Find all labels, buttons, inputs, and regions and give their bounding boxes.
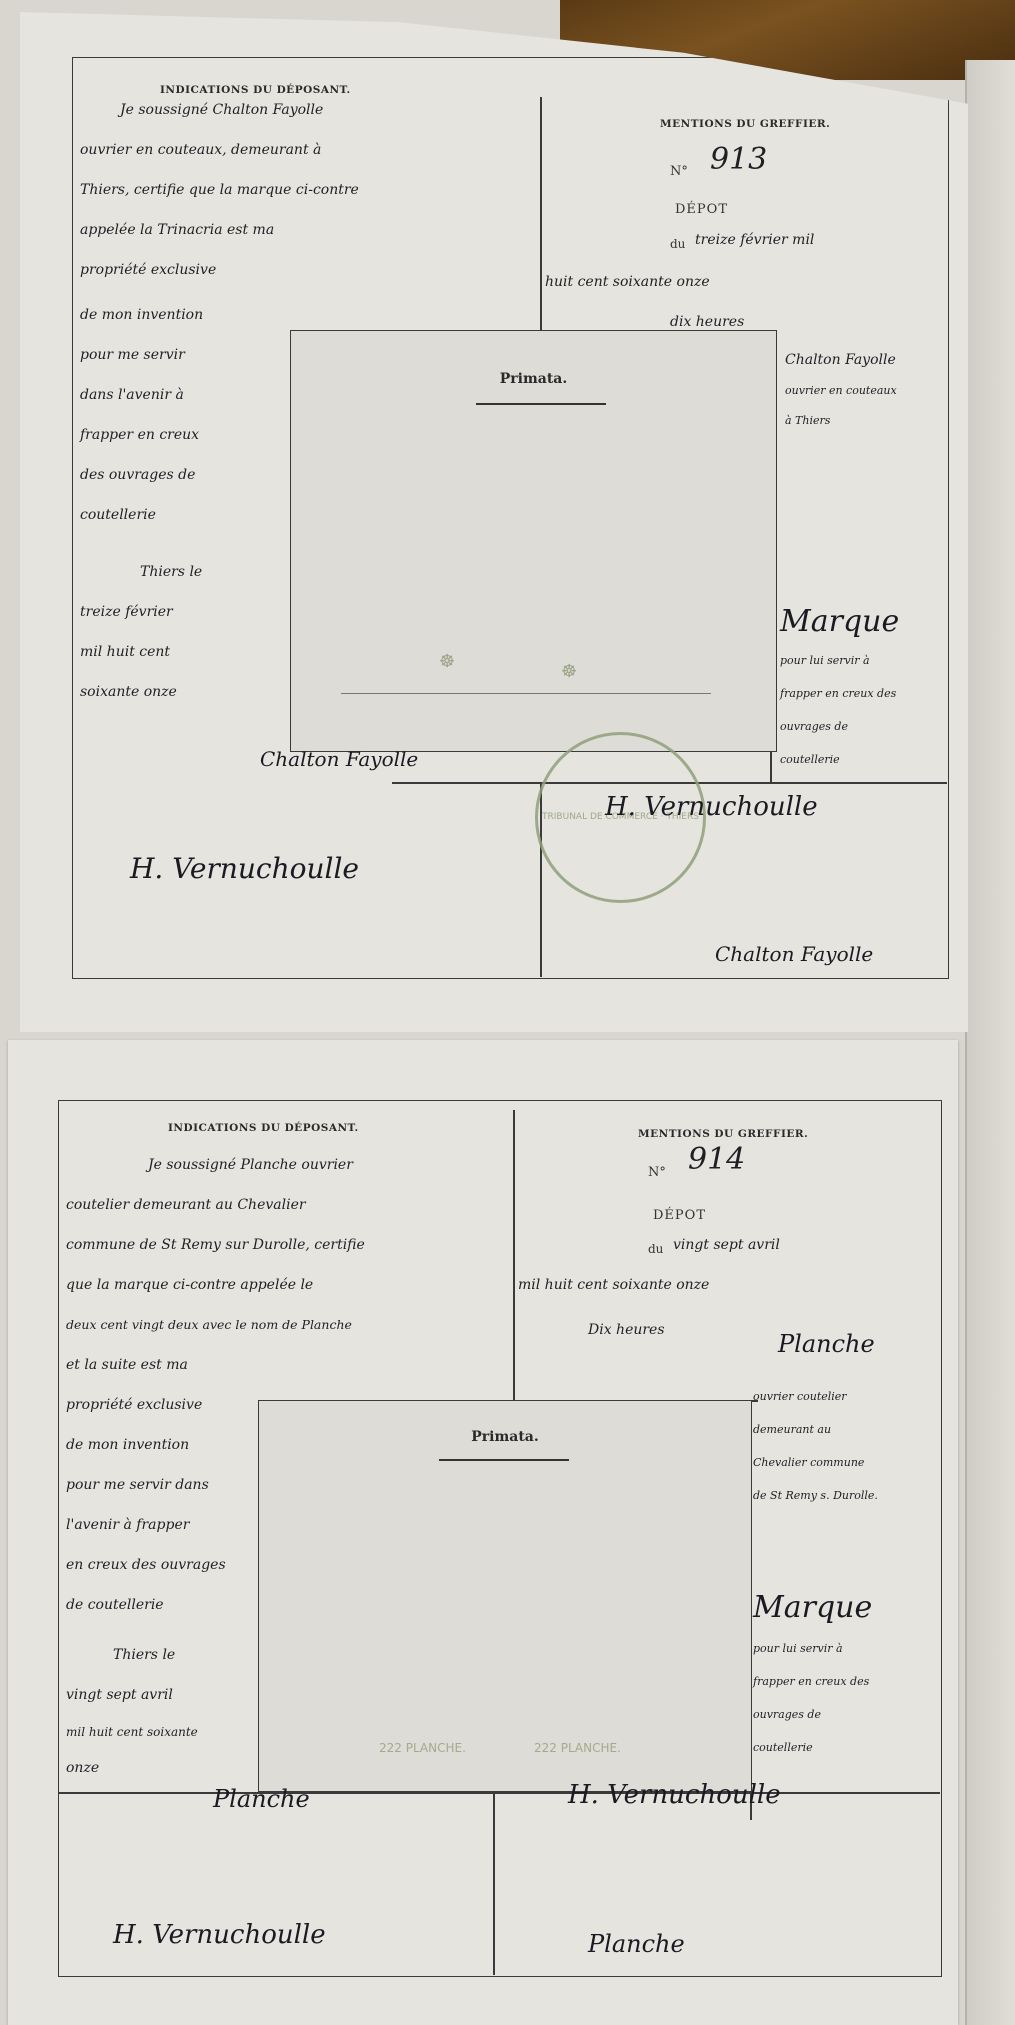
divider-line (58, 1792, 940, 1794)
trademark-specimen-box: Primata. 222 PLANCHE. 222 PLANCHE. (258, 1400, 752, 1792)
declaration-line: Je soussigné Planche ouvrier (148, 1145, 353, 1185)
clerk-signature: H. Vernuchoulle (130, 852, 359, 885)
greffier-line: ouvrier en couteaux (785, 374, 897, 407)
declaration-line: appelée la Trinacria est ma (80, 210, 274, 250)
depot-date: mil huit cent soixante onze (518, 1265, 709, 1305)
declaration-line: ouvrier en couteaux, demeurant à (80, 130, 321, 170)
title-underline (476, 403, 606, 405)
declaration-line: l'avenir à frapper (66, 1505, 189, 1545)
column-divider (493, 1792, 495, 1975)
marque-line: frapper en creux des (753, 1665, 869, 1698)
declaration-line: en creux des ouvrages (66, 1545, 226, 1585)
greffier-line: de St Remy s. Durolle. (753, 1479, 878, 1512)
planche-mark-imprint: 222 PLANCHE. (379, 1741, 466, 1755)
triskelion-mark-icon: ☸ (561, 661, 577, 682)
depot-time: Dix heures (588, 1310, 665, 1350)
clerk-header: MENTIONS DU GREFFIER. (638, 1128, 808, 1140)
declaration-line: mil huit cent soixante (66, 1712, 198, 1752)
declaration-line: Thiers le (113, 1635, 175, 1675)
mark-title: Primata. (291, 371, 776, 387)
number-label: N° (648, 1165, 666, 1180)
triskelion-mark-icon: ☸ (439, 651, 455, 672)
trademark-specimen-box: Primata. ☸ ☸ (290, 330, 777, 752)
declaration-line: commune de St Remy sur Durolle, certifie (66, 1225, 365, 1265)
declaration-line: propriété exclusive (80, 250, 216, 290)
depositor-signature: Planche (213, 1785, 310, 1813)
deposit-number: 913 (710, 142, 767, 177)
declaration-line: et la suite est ma (66, 1345, 188, 1385)
greffier-line: ouvrier coutelier (753, 1380, 847, 1413)
column-divider (513, 1110, 515, 1400)
declaration-line: mil huit cent (80, 632, 170, 672)
clerk-signature-right: H. Vernuchoulle (605, 792, 818, 822)
marque-line: pour lui servir à (780, 644, 870, 677)
depot-label: DÉPOT (675, 202, 728, 217)
trademark-deposit-sheet-913: INDICATIONS DU DÉPOSANT. MENTIONS DU GRE… (20, 12, 968, 1032)
planche-mark-imprint: 222 PLANCHE. (534, 1741, 621, 1755)
declaration-line: onze (66, 1748, 99, 1788)
column-divider (540, 97, 542, 337)
depositor-signature-right: Chalton Fayolle (715, 942, 873, 966)
declaration-line: de mon invention (66, 1425, 189, 1465)
depositor-signature: Chalton Fayolle (260, 747, 418, 771)
trademark-deposit-sheet-914: INDICATIONS DU DÉPOSANT. MENTIONS DU GRE… (8, 1040, 958, 2025)
marque-line: pour lui servir à (753, 1632, 843, 1665)
declaration-line: coutelier demeurant au Chevalier (66, 1185, 306, 1225)
greffier-name: Chalton Fayolle (785, 344, 896, 377)
declaration-line: des ouvrages de (80, 455, 195, 495)
declaration-line: Thiers le (140, 552, 202, 592)
greffier-name: Planche (778, 1330, 875, 1358)
marque-line: coutellerie (780, 743, 840, 776)
mark-title: Primata. (259, 1429, 751, 1445)
depot-date: vingt sept avril (673, 1225, 780, 1265)
depositor-signature-right: Planche (588, 1930, 685, 1958)
baseline (341, 693, 711, 694)
deposit-number: 914 (688, 1142, 745, 1177)
declaration-line: Thiers, certifie que la marque ci-contre (80, 170, 359, 210)
depot-date: huit cent soixante onze (545, 262, 710, 302)
greffier-line: Chevalier commune (753, 1446, 864, 1479)
marque-line: ouvrages de (780, 710, 848, 743)
declaration-line: de coutellerie (66, 1585, 164, 1625)
declaration-line: que la marque ci-contre appelée le (66, 1265, 313, 1305)
greffier-line: à Thiers (785, 404, 830, 437)
declaration-line: pour me servir dans (66, 1465, 209, 1505)
declaration-line: de mon invention (80, 295, 203, 335)
adjacent-page-edge (965, 60, 1015, 2025)
declaration-line: treize février (80, 592, 173, 632)
marque-line: frapper en creux des (780, 677, 896, 710)
number-label: N° (670, 164, 688, 179)
clerk-header: MENTIONS DU GREFFIER. (660, 118, 830, 130)
clerk-signature-right: H. Vernuchoulle (568, 1780, 781, 1810)
greffier-line: demeurant au (753, 1413, 831, 1446)
marque-title: Marque (753, 1590, 872, 1625)
depot-label: DÉPOT (653, 1208, 706, 1223)
declaration-line: Je soussigné Chalton Fayolle (120, 90, 323, 130)
du-label: du (670, 237, 685, 251)
declaration-line: dans l'avenir à (80, 375, 184, 415)
declaration-line: frapper en creux (80, 415, 199, 455)
depot-date: treize février mil (695, 220, 814, 260)
marque-line: ouvrages de (753, 1698, 821, 1731)
declaration-line: coutellerie (80, 495, 156, 535)
du-label: du (648, 1242, 663, 1256)
marque-line: coutellerie (753, 1731, 813, 1764)
declaration-line: vingt sept avril (66, 1675, 173, 1715)
declaration-line: pour me servir (80, 335, 185, 375)
declaration-line: deux cent vingt deux avec le nom de Plan… (66, 1305, 352, 1345)
marque-title: Marque (780, 604, 899, 639)
declaration-line: propriété exclusive (66, 1385, 202, 1425)
clerk-signature: H. Vernuchoulle (113, 1920, 326, 1950)
declaration-line: soixante onze (80, 672, 177, 712)
title-underline (439, 1459, 569, 1461)
depositor-header: INDICATIONS DU DÉPOSANT. (168, 1122, 359, 1134)
